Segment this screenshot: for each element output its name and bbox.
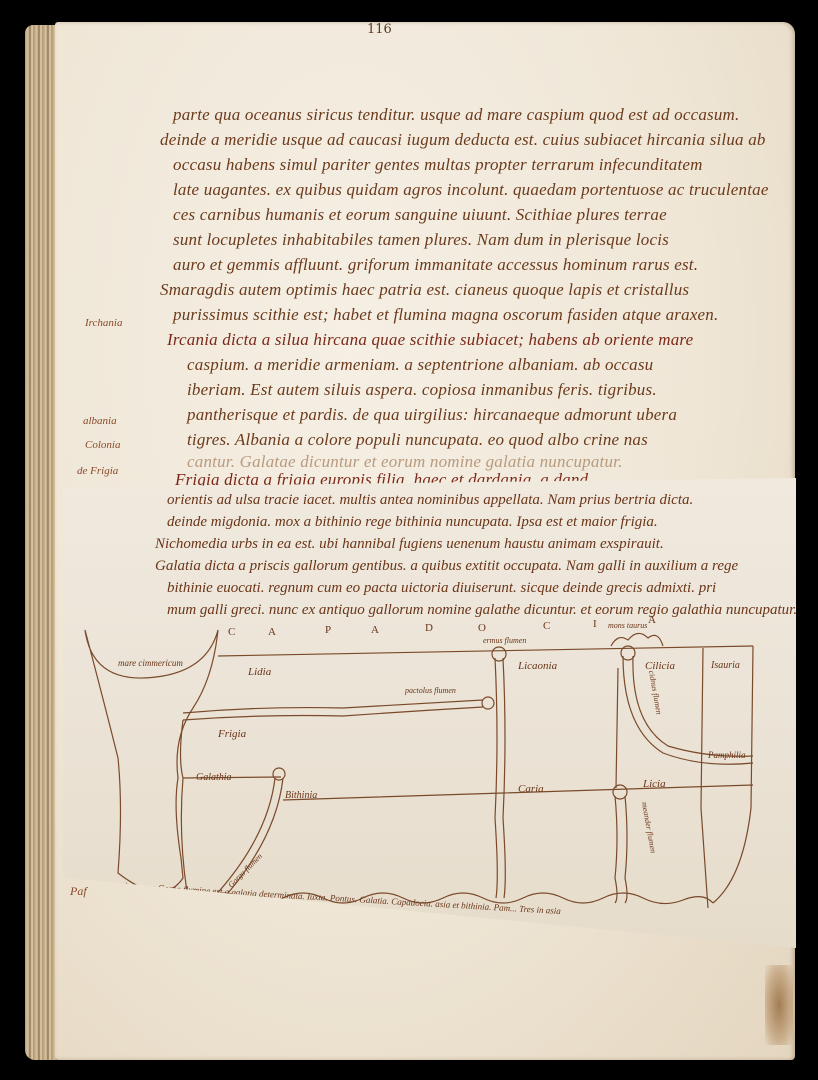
map-drawing — [63, 478, 796, 948]
margin-note-albania: albania — [83, 415, 117, 427]
margin-note-frigia: de Frigia — [77, 465, 118, 477]
pasted-map-slip: orientis ad ulsa tracie iacet. multis an… — [63, 478, 796, 948]
folio-number: 116 — [367, 22, 392, 37]
text-line: auro et gemmis affluunt. griforum immani… — [173, 255, 698, 275]
text-line: occasu habens simul pariter gentes multa… — [173, 155, 703, 175]
region-letter: C — [228, 626, 235, 638]
region-letter: A — [268, 626, 276, 638]
map-label-bithinia: Bithinia — [285, 790, 317, 801]
region-letter: P — [325, 624, 331, 636]
map-label-isauria: Isauria — [711, 660, 740, 671]
text-line: late uagantes. ex quibus quidam agros in… — [173, 180, 769, 200]
map-label-frigia: Frigia — [218, 728, 246, 740]
water-stain — [765, 965, 793, 1045]
region-letter: I — [593, 618, 597, 630]
map-label-licaonia: Licaonia — [518, 660, 557, 672]
region-letter: A — [648, 614, 656, 626]
region-letter: A — [371, 624, 379, 636]
text-line: purissimus scithie est; habet et flumina… — [173, 305, 718, 325]
map-label-galathia: Galathia — [196, 772, 232, 783]
map-label-lidia: Lidia — [248, 666, 271, 678]
text-line: pantherisque et pardis. de qua uirgilius… — [187, 405, 677, 425]
region-letter: D — [425, 622, 433, 634]
text-line: iberiam. Est autem siluis aspera. copios… — [187, 380, 657, 400]
text-line: cantur. Galatae dicuntur et eorum nomine… — [187, 452, 623, 472]
margin-note-faded: Colonia — [85, 439, 120, 451]
map-label-mons-taurus: mons taurus — [608, 621, 647, 630]
region-letter: O — [478, 622, 486, 634]
margin-note-hircania: Irchania — [85, 317, 122, 329]
map-label-mare-cimmericum: mare cimmericum — [118, 658, 183, 668]
text-line: caspium. a meridie armeniam. a septentri… — [187, 355, 653, 375]
map-label-pactolus-river: pactolus flumen — [405, 686, 456, 695]
side-mark: Paf — [70, 884, 87, 899]
text-line: sunt locupletes inhabitabiles tamen plur… — [173, 230, 669, 250]
region-letter: C — [543, 620, 550, 632]
map-label-licia: Licia — [643, 778, 666, 790]
text-line: deinde a meridie usque ad caucasi iugum … — [160, 130, 766, 150]
map-label-hermus-river: ermus flumen — [483, 636, 526, 645]
text-line: Smaragdis autem optimis haec patria est.… — [160, 280, 689, 300]
map-label-pamphilia: Pamphilia — [708, 750, 746, 760]
text-line: Ircania dicta a silua hircana quae scith… — [167, 330, 693, 350]
text-line: ces carnibus humanis et eorum sanguine u… — [173, 205, 667, 225]
text-line: tigres. Albania a colore populi nuncupat… — [187, 430, 648, 450]
map-label-caria: Caria — [518, 783, 544, 795]
text-line: parte qua oceanus siricus tenditur. usqu… — [173, 105, 739, 125]
